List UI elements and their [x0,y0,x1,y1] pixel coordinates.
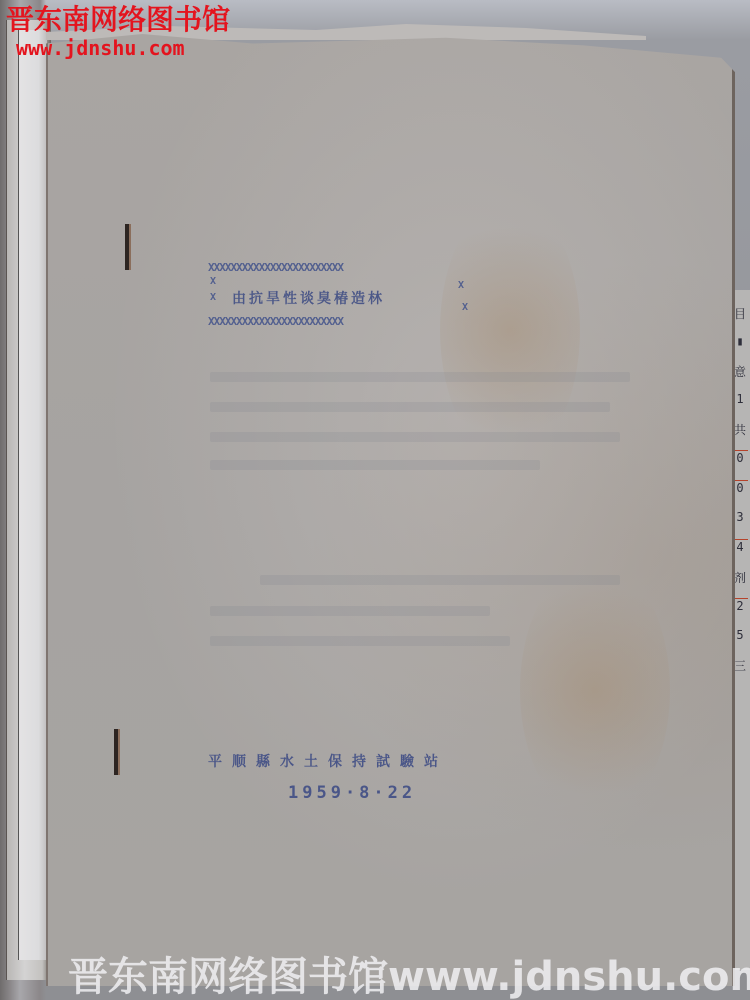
border-corner: X [210,292,216,303]
border-corner: X [462,302,468,313]
staple-top [125,224,129,270]
decorative-border-bottom: XXXXXXXXXXXXXXXXXXXXXXXX [208,316,476,328]
underlying-torn-page [18,30,47,960]
document-title: 由抗旱性谈臭椿造林 [232,288,385,308]
bleed-through-line [260,575,620,585]
border-corner: X [210,276,216,287]
staple-bottom [114,729,118,775]
watermark-library-name: 晋东南网络图书馆 [6,4,230,36]
water-stain [520,560,670,820]
bleed-through-line [210,402,610,412]
decorative-border-top: XXXXXXXXXXXXXXXXXXXXXXXX [208,262,476,274]
bleed-through-line [210,460,540,470]
bleed-through-line [210,432,620,442]
watermark-url: www.jdnshu.com [16,36,230,60]
watermark-bottom: 晋东南网络图书馆www.jdnshu.com [68,954,750,1000]
watermark-top: 晋东南网络图书馆 www.jdnshu.com [6,4,230,60]
issuing-organization: 平顺縣水土保持試驗站 [208,751,448,771]
document-date: 1959·8·22 [288,783,416,803]
border-corner: X [458,280,464,291]
bleed-through-line [210,606,490,616]
document-cover-page [46,34,735,986]
bleed-through-line [210,372,630,382]
title-frame: XXXXXXXXXXXXXXXXXXXXXXXX X X X X 由抗旱性谈臭椿… [208,254,478,334]
bleed-through-line [210,636,510,646]
